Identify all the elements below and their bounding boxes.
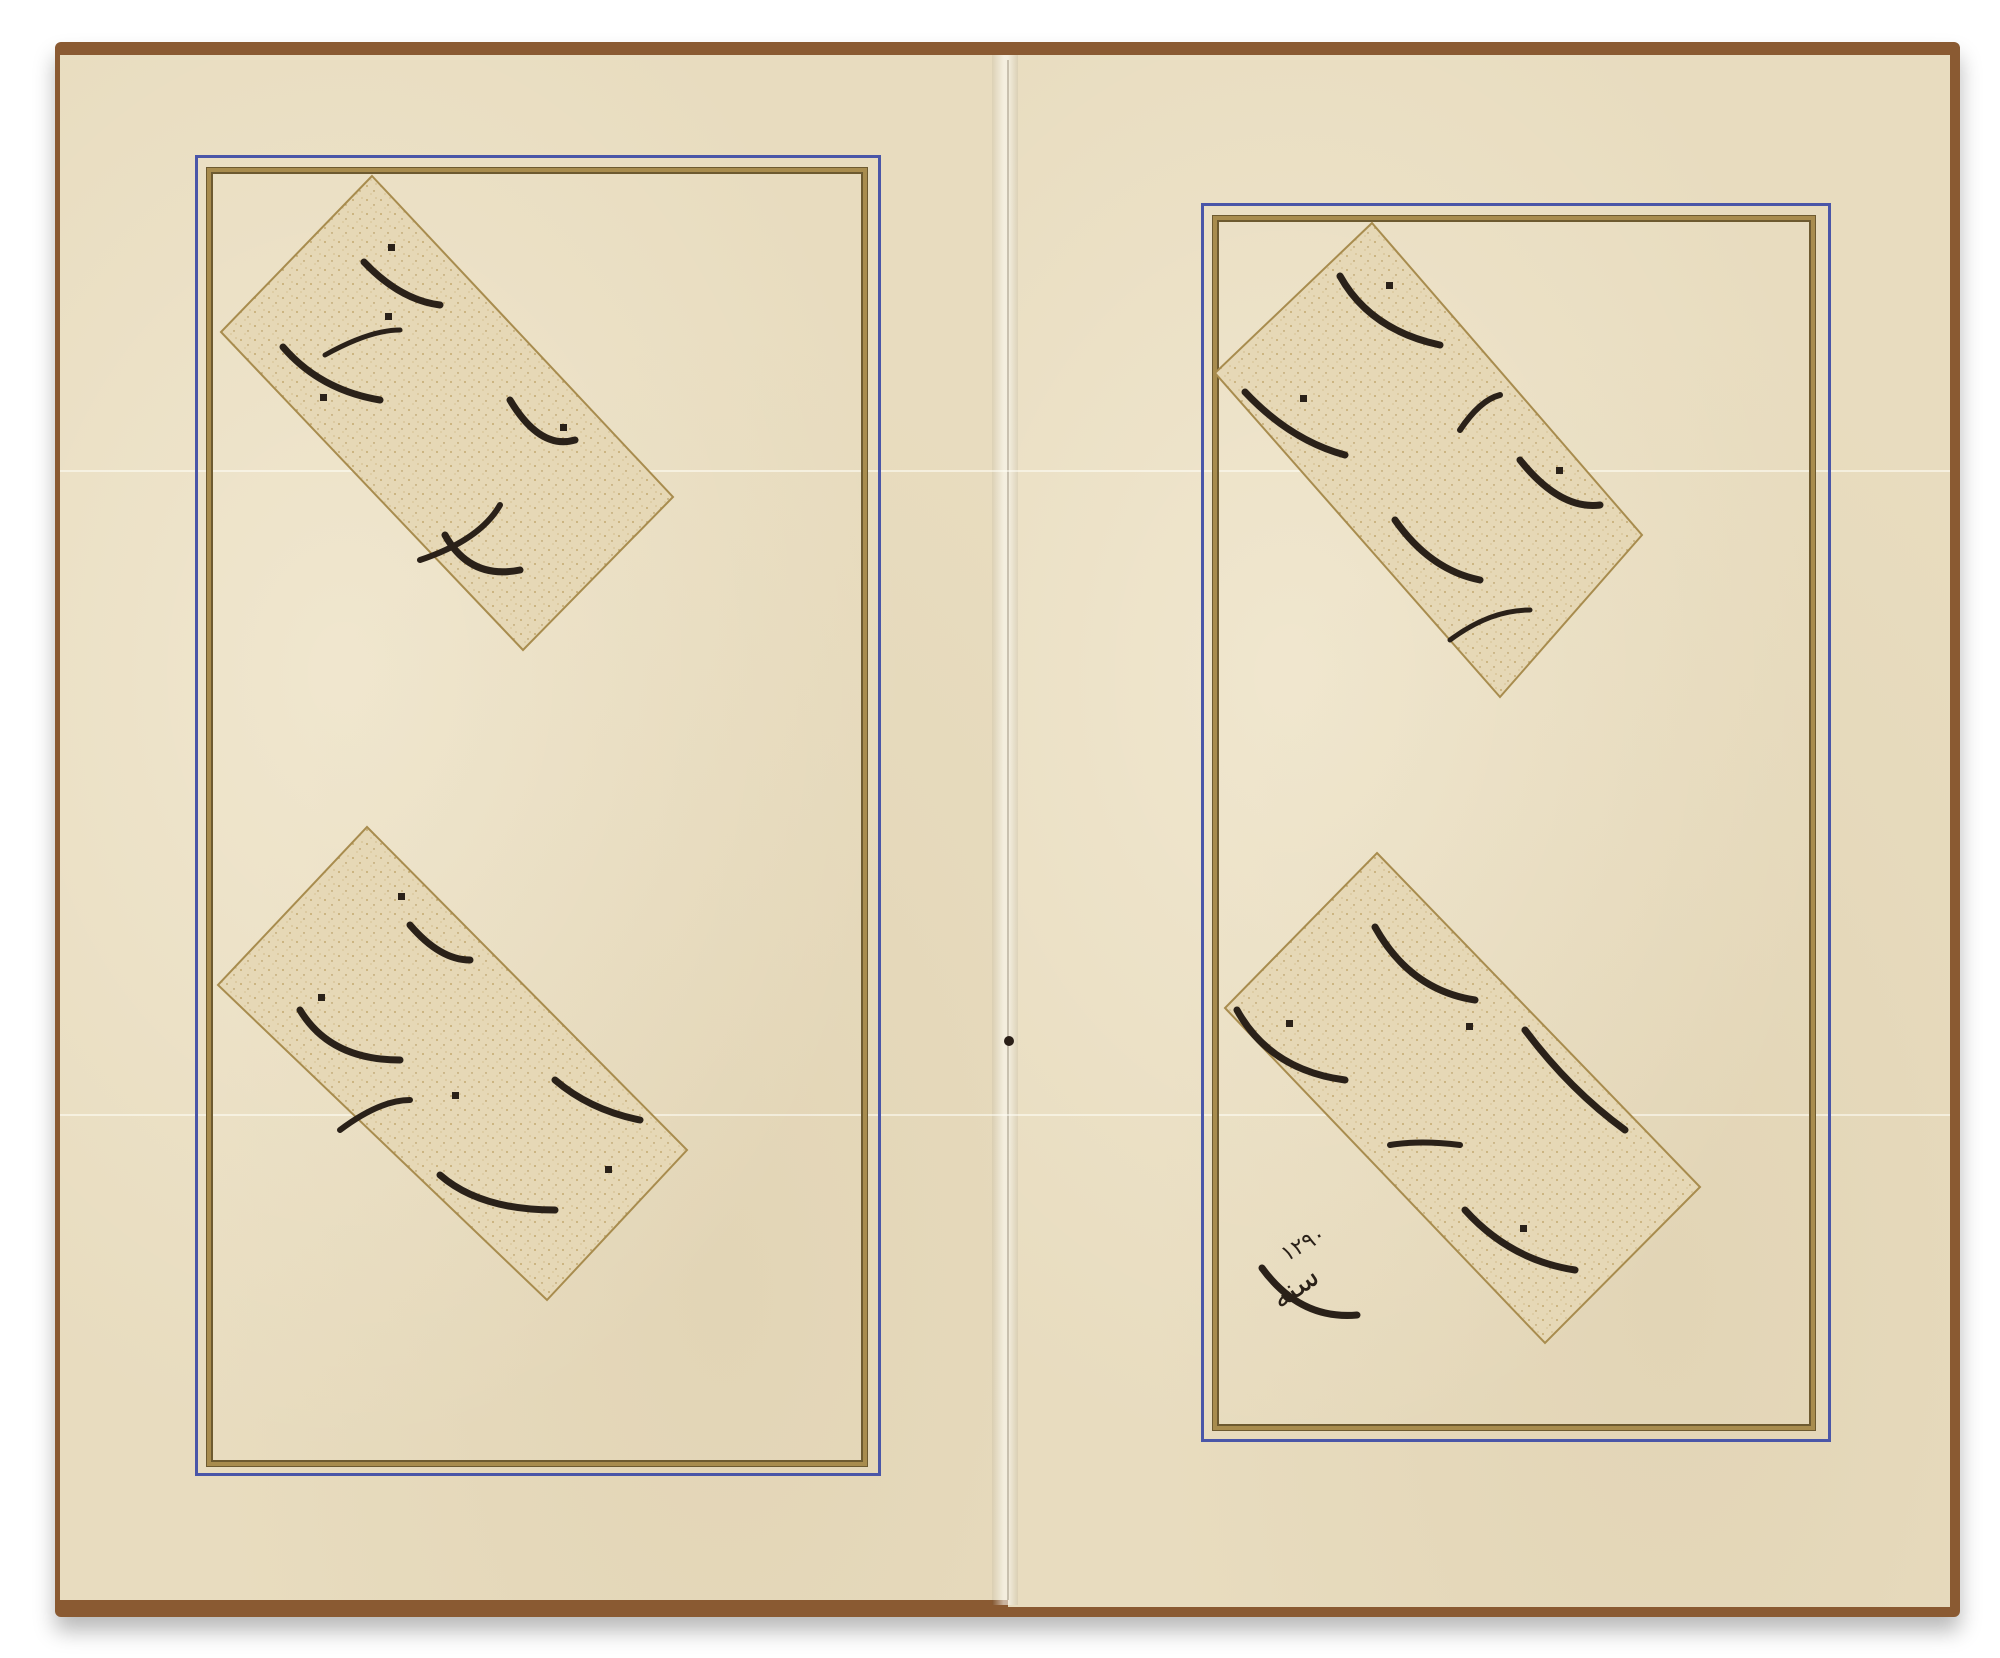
panel-left-upper [221, 176, 673, 650]
panel-right-upper [1215, 223, 1642, 697]
calligraphy-panels [0, 0, 2000, 1658]
